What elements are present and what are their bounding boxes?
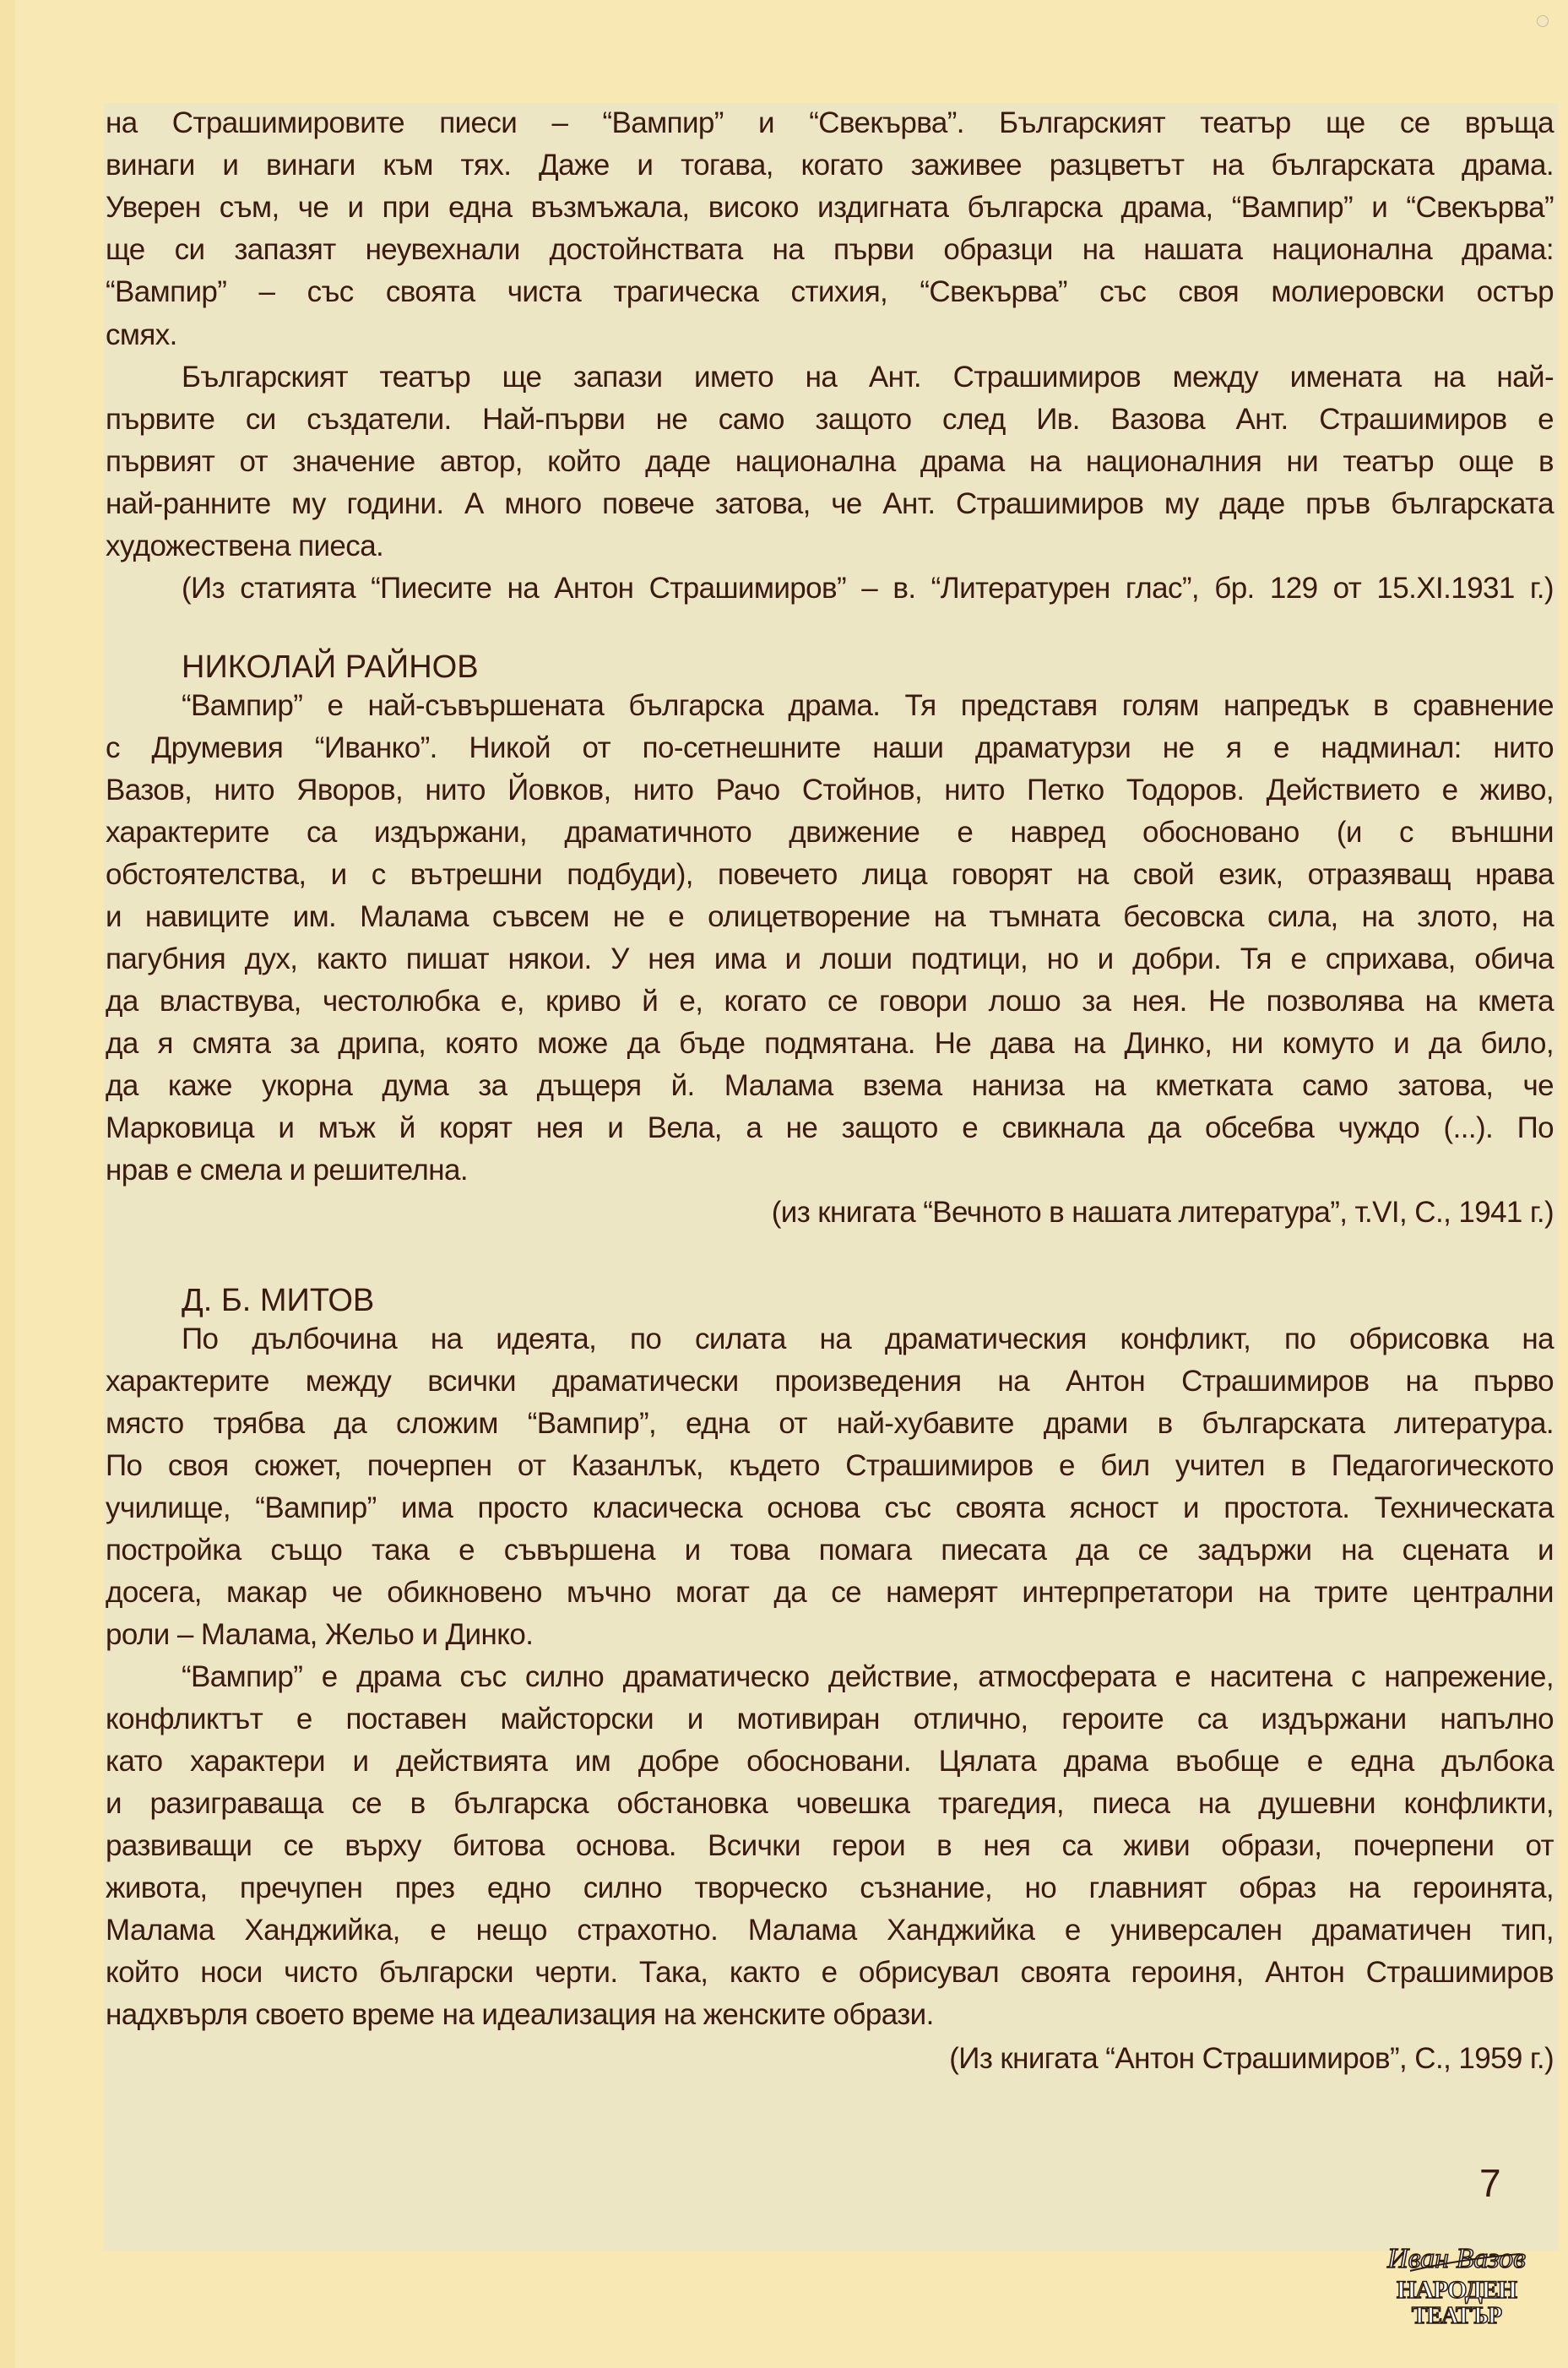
text-line: да властвува, честолюбка е, криво й е, к…: [106, 980, 1554, 1023]
text-line: “Вампир” е драма със силно драматическо …: [182, 1656, 1554, 1698]
logo-line2: ТЕАТЪР: [1412, 2303, 1502, 2328]
text-line: първият от значение автор, който даде на…: [106, 441, 1554, 483]
text-line: нрав е смела и решителна.: [106, 1149, 1554, 1192]
text-line: надхвърля своето време на идеализация на…: [106, 1994, 1554, 2036]
source-citation: (из книгата “Вечното в нашата литература…: [106, 1192, 1554, 1234]
source-citation: (Из статията “Пиесите на Антон Страшимир…: [182, 568, 1554, 610]
text-line: ще си запазят неувехнали достойнствата н…: [106, 229, 1554, 271]
text-line: като характери и действията им добре обо…: [106, 1741, 1554, 1783]
text-line: постройка също така е съвършена и това п…: [106, 1529, 1554, 1572]
text-line: По своя сюжет, почерпен от Казанлък, къд…: [106, 1445, 1554, 1487]
text-line: обстоятелства, и с вътрешни подбуди), по…: [106, 854, 1554, 896]
text-line: досега, макар че обикновено мъчно могат …: [106, 1572, 1554, 1614]
text-line: Българският театър ще запази името на Ан…: [182, 356, 1554, 399]
text-line: да каже укорна дума за дъщеря й. Малама …: [106, 1065, 1554, 1107]
text-line: художествена пиеса.: [106, 525, 1554, 568]
text-line: и навиците им. Малама съвсем не е олицет…: [106, 896, 1554, 938]
text-line: пагубния дух, както пишат някои. У нея и…: [106, 938, 1554, 980]
text-line: най-ранните му години. А много повече за…: [106, 483, 1554, 525]
text-line: място трябва да сложим “Вампир”, една от…: [106, 1403, 1554, 1445]
text-line: първите си създатели. Най-първи не само …: [106, 399, 1554, 441]
text-line: “Вампир” е най-съвършената българска дра…: [182, 685, 1554, 727]
text-line: да я смята за дрипа, която може да бъде …: [106, 1023, 1554, 1065]
text-line: роли – Малама, Жельо и Динко.: [106, 1614, 1554, 1656]
text-line: характерите са издържани, драматичното д…: [106, 812, 1554, 854]
national-theatre-logo: Иван Вазов НАРОДЕН ТЕАТЪР: [1385, 2234, 1528, 2328]
author-heading: Д. Б. МИТОВ: [182, 1279, 374, 1322]
author-heading: НИКОЛАЙ РАЙНОВ: [182, 646, 479, 688]
text-line: който носи чисто български черти. Така, …: [106, 1952, 1554, 1994]
source-citation: (Из книгата “Антон Страшимиров”, С., 195…: [106, 2038, 1554, 2080]
text-line: “Вампир” – със своята чиста трагическа с…: [106, 271, 1554, 313]
page-number: 7: [1479, 2162, 1501, 2204]
binding-hole-mark: [1537, 15, 1549, 27]
text-line: и разиграваща се в българска обстановка …: [106, 1783, 1554, 1825]
text-line: винаги и винаги към тях. Даже и тогава, …: [106, 144, 1554, 187]
text-line: Уверен съм, че и при една възмъжала, вис…: [106, 187, 1554, 229]
text-line: смях.: [106, 314, 1554, 356]
logo-script-signature: Иван Вазов: [1386, 2243, 1526, 2274]
text-line: с Друмевия “Иванко”. Никой от по-сетнешн…: [106, 727, 1554, 769]
text-line: училище, “Вампир” има просто класическа …: [106, 1487, 1554, 1529]
logo-line1: НАРОДЕН: [1397, 2276, 1517, 2304]
text-line: Вазов, нито Яворов, нито Йовков, нито Ра…: [106, 769, 1554, 812]
text-line: развиващи се върху битова основа. Всички…: [106, 1825, 1554, 1867]
text-line: живота, пречупен през едно силно творчес…: [106, 1867, 1554, 1909]
text-line: По дълбочина на идеята, по силата на дра…: [182, 1318, 1554, 1361]
text-line: на Страшимировите пиеси – “Вампир” и “Св…: [106, 102, 1554, 144]
text-line: характерите между всички драматически пр…: [106, 1361, 1554, 1403]
page-edge-strip: [0, 0, 15, 2368]
text-line: Марковица и мъж й корят нея и Вела, а не…: [106, 1107, 1554, 1149]
text-line: конфликтът е поставен майсторски и мотив…: [106, 1698, 1554, 1741]
text-line: Малама Ханджийка, е нещо страхотно. Мала…: [106, 1909, 1554, 1952]
